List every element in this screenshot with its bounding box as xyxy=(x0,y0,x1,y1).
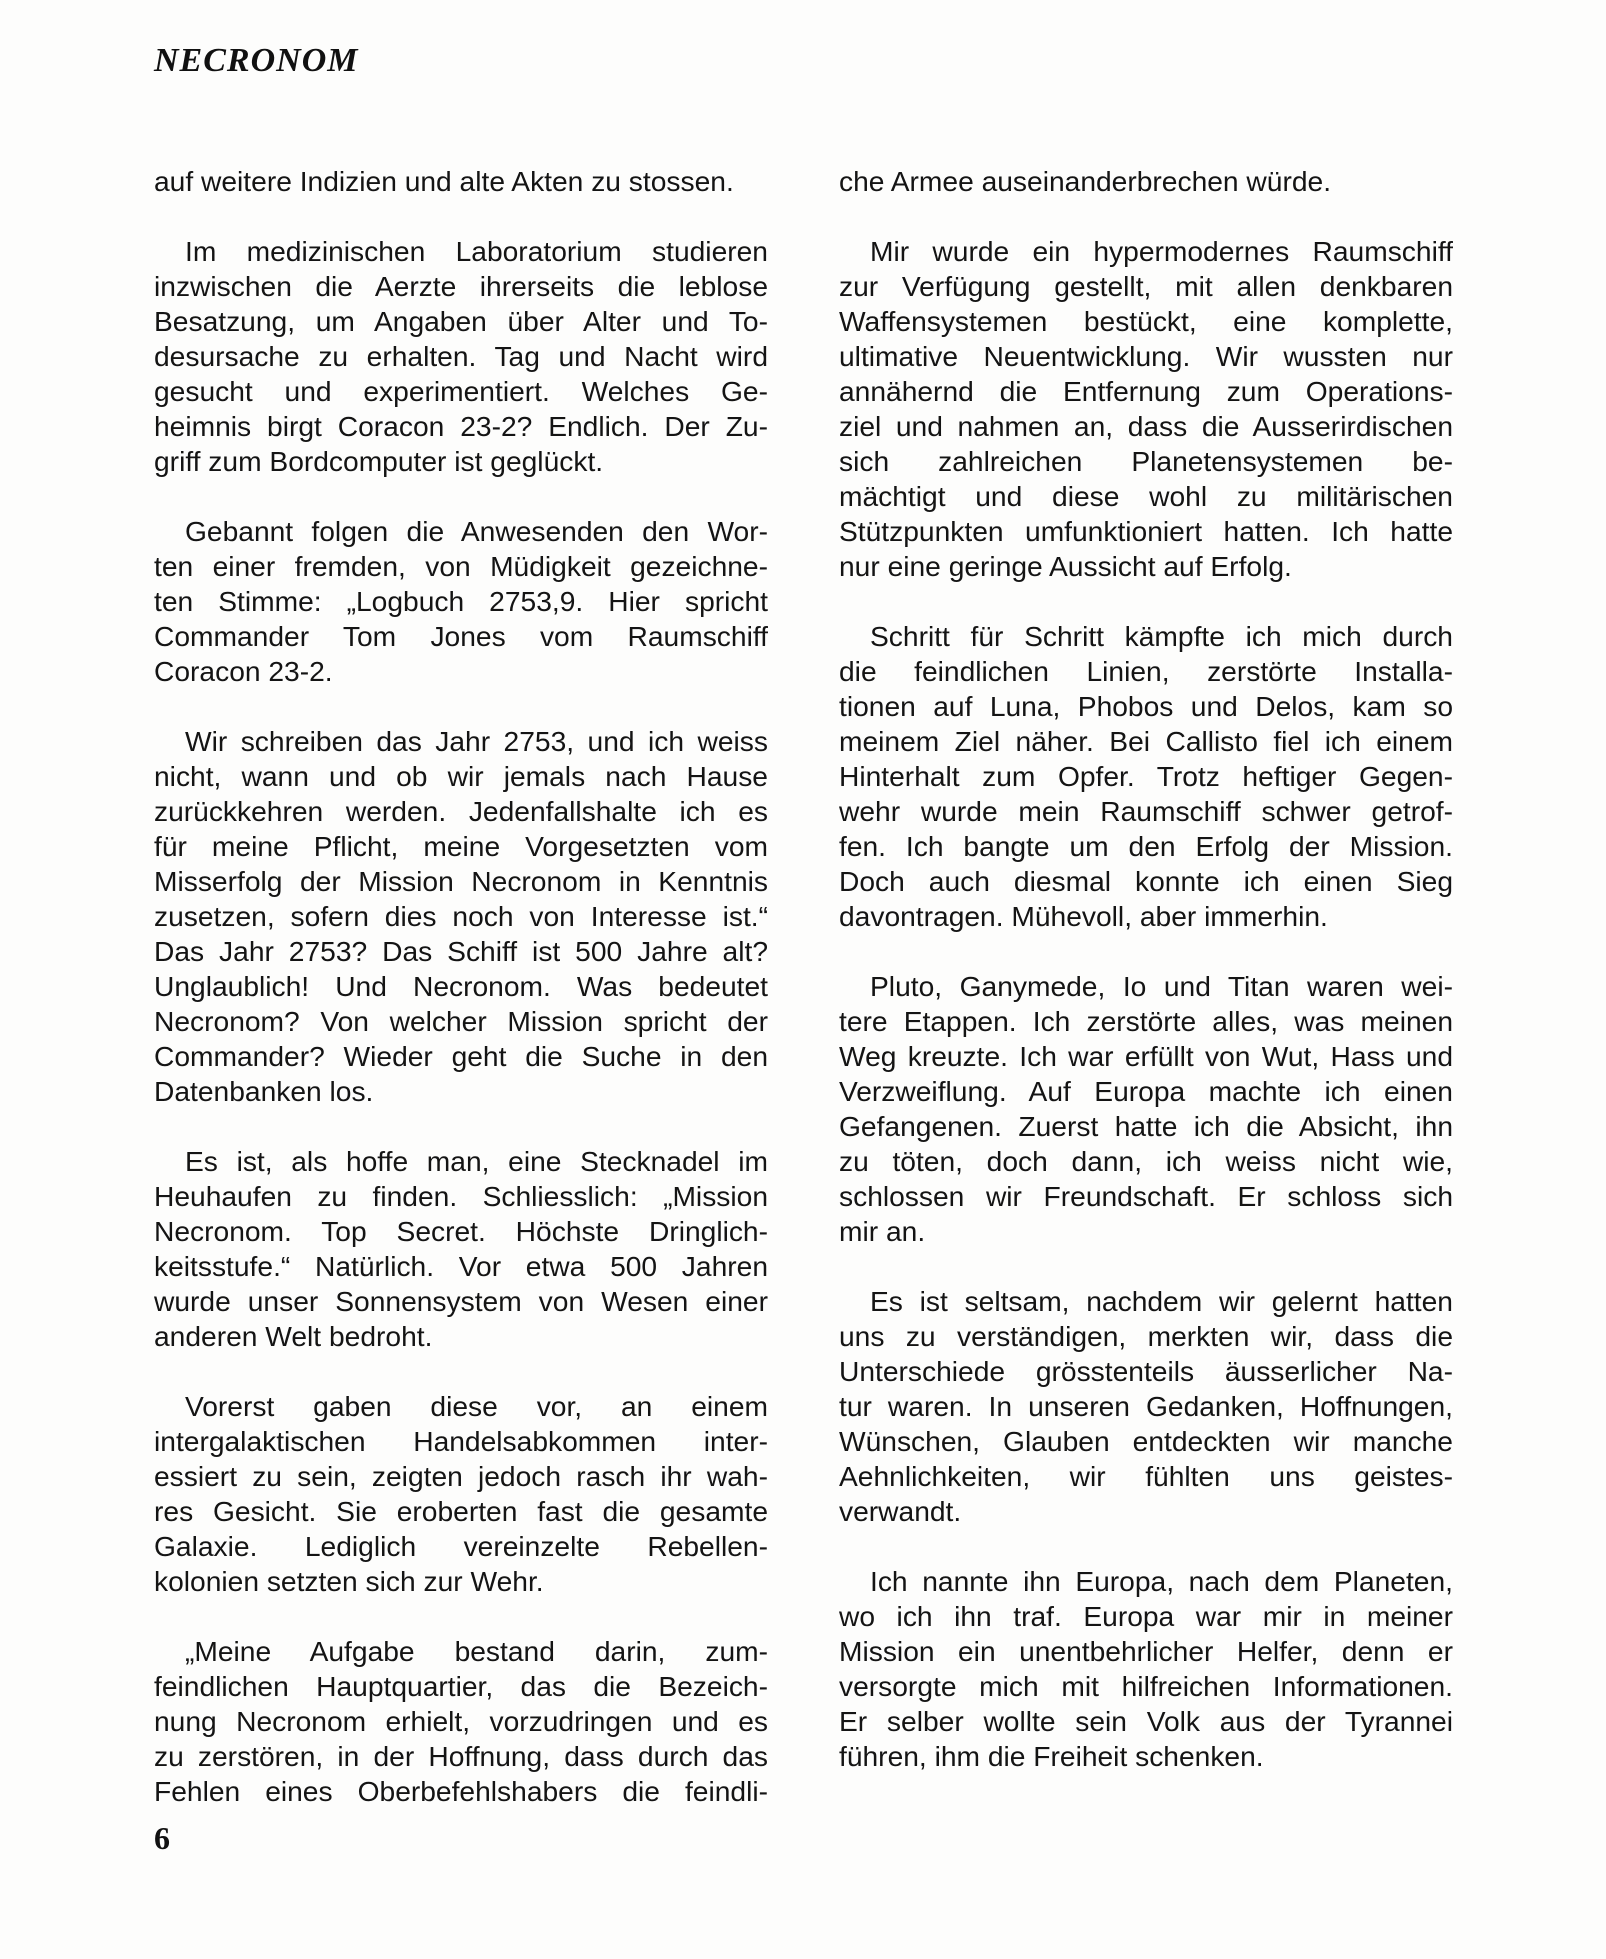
text-line: die feindlichen Linien, zerstörte Instal… xyxy=(839,654,1453,689)
text-line: Weg kreuzte. Ich war erfüllt von Wut, Ha… xyxy=(839,1039,1453,1074)
text-line: tionen auf Luna, Phobos und Delos, kam s… xyxy=(839,689,1453,724)
text-line: fen. Ich bangte um den Erfolg der Missio… xyxy=(839,829,1453,864)
page-number: 6 xyxy=(154,1820,170,1857)
text-line: Heuhaufen zu finden. Schliesslich: „Miss… xyxy=(154,1179,768,1214)
running-head-title: NECRONOM xyxy=(154,42,358,80)
text-line: ten Stimme: „Logbuch 2753,9. Hier sprich… xyxy=(154,584,768,619)
text-line: für meine Pflicht, meine Vorgesetzten vo… xyxy=(154,829,768,864)
text-line: ten einer fremden, von Müdigkeit gezeich… xyxy=(154,549,768,584)
text-line: Verzweiflung. Auf Europa machte ich eine… xyxy=(839,1074,1453,1109)
paragraph: „Meine Aufgabe bestand darin, zum- feind… xyxy=(154,1634,768,1809)
text-line: mächtigt und diese wohl zu militärischen xyxy=(839,479,1453,514)
right-text-column: che Armee auseinanderbrechen würde. Mir … xyxy=(839,164,1453,1809)
text-line: nicht, wann und ob wir jemals nach Hause xyxy=(154,759,768,794)
text-line: zu töten, doch dann, ich weiss nicht wie… xyxy=(839,1144,1453,1179)
paragraph: Im medizinischen Laboratorium studieren … xyxy=(154,234,768,479)
text-line: Besatzung, um Angaben über Alter und To- xyxy=(154,304,768,339)
text-line: Misserfolg der Mission Necronom in Kennt… xyxy=(154,864,768,899)
text-line: nung Necronom erhielt, vorzudringen und … xyxy=(154,1704,768,1739)
text-line: Gefangenen. Zuerst hatte ich die Absicht… xyxy=(839,1109,1453,1144)
text-line: intergalaktischen Handelsabkommen inter- xyxy=(154,1424,768,1459)
text-line: tere Etappen. Ich zerstörte alles, was m… xyxy=(839,1004,1453,1039)
text-line: kolonien setzten sich zur Wehr. xyxy=(154,1564,768,1599)
text-line: gesucht und experimentiert. Welches Ge- xyxy=(154,374,768,409)
text-line: keitsstufe.“ Natürlich. Vor etwa 500 Jah… xyxy=(154,1249,768,1284)
text-line: zusetzen, sofern dies noch von Interesse… xyxy=(154,899,768,934)
text-line: Es ist seltsam, nachdem wir gelernt hatt… xyxy=(839,1284,1453,1319)
text-line: Coracon 23-2. xyxy=(154,654,768,689)
text-line: anderen Welt bedroht. xyxy=(154,1319,768,1354)
text-line: zur Verfügung gestellt, mit allen denkba… xyxy=(839,269,1453,304)
text-line: Ich nannte ihn Europa, nach dem Planeten… xyxy=(839,1564,1453,1599)
text-line: Er selber wollte sein Volk aus der Tyran… xyxy=(839,1704,1453,1739)
text-line: wurde unser Sonnensystem von Wesen einer xyxy=(154,1284,768,1319)
text-line: Schritt für Schritt kämpfte ich mich dur… xyxy=(839,619,1453,654)
text-line: feindlichen Hauptquartier, das die Bezei… xyxy=(154,1669,768,1704)
text-line: essiert zu sein, zeigten jedoch rasch ih… xyxy=(154,1459,768,1494)
text-line: Gebannt folgen die Anwesenden den Wor- xyxy=(154,514,768,549)
text-line: tur waren. In unseren Gedanken, Hoffnung… xyxy=(839,1389,1453,1424)
left-text-column: auf weitere Indizien und alte Akten zu s… xyxy=(154,164,768,1844)
paragraph: Pluto, Ganymede, Io und Titan waren wei-… xyxy=(839,969,1453,1249)
text-line: Fehlen eines Oberbefehlshabers die feind… xyxy=(154,1774,768,1809)
text-line: mir an. xyxy=(839,1214,1453,1249)
text-line: Im medizinischen Laboratorium studieren xyxy=(154,234,768,269)
text-line: Mir wurde ein hypermodernes Raumschiff xyxy=(839,234,1453,269)
paragraph: auf weitere Indizien und alte Akten zu s… xyxy=(154,164,768,199)
text-line: ziel und nahmen an, dass die Ausserirdis… xyxy=(839,409,1453,444)
text-line: Es ist, als hoffe man, eine Stecknadel i… xyxy=(154,1144,768,1179)
text-line: meinem Ziel näher. Bei Callisto fiel ich… xyxy=(839,724,1453,759)
text-line: zurückkehren werden. Jedenfallshalte ich… xyxy=(154,794,768,829)
text-line: versorgte mich mit hilfreichen Informati… xyxy=(839,1669,1453,1704)
text-line: schlossen wir Freundschaft. Er schloss s… xyxy=(839,1179,1453,1214)
text-line: ultimative Neuentwicklung. Wir wussten n… xyxy=(839,339,1453,374)
paragraph: Wir schreiben das Jahr 2753, und ich wei… xyxy=(154,724,768,1109)
text-line: Doch auch diesmal konnte ich einen Sieg xyxy=(839,864,1453,899)
text-line: heimnis birgt Coracon 23-2? Endlich. Der… xyxy=(154,409,768,444)
text-line: Vorerst gaben diese vor, an einem xyxy=(154,1389,768,1424)
text-line: uns zu verständigen, merkten wir, dass d… xyxy=(839,1319,1453,1354)
text-line: Necronom. Top Secret. Höchste Dringlich- xyxy=(154,1214,768,1249)
text-line: zu zerstören, in der Hoffnung, dass durc… xyxy=(154,1739,768,1774)
text-line: Commander? Wieder geht die Suche in den xyxy=(154,1039,768,1074)
text-line: führen, ihm die Freiheit schenken. xyxy=(839,1739,1453,1774)
text-line: davontragen. Mühevoll, aber immerhin. xyxy=(839,899,1453,934)
text-line: auf weitere Indizien und alte Akten zu s… xyxy=(154,164,768,199)
text-line: Das Jahr 2753? Das Schiff ist 500 Jahre … xyxy=(154,934,768,969)
paragraph: Ich nannte ihn Europa, nach dem Planeten… xyxy=(839,1564,1453,1774)
paragraph: Gebannt folgen die Anwesenden den Wor- t… xyxy=(154,514,768,689)
text-line: Commander Tom Jones vom Raumschiff xyxy=(154,619,768,654)
text-line: res Gesicht. Sie eroberten fast die gesa… xyxy=(154,1494,768,1529)
text-line: Datenbanken los. xyxy=(154,1074,768,1109)
text-line: griff zum Bordcomputer ist geglückt. xyxy=(154,444,768,479)
text-line: Waffensystemen bestückt, eine komplette, xyxy=(839,304,1453,339)
text-line: Stützpunkten umfunktioniert hatten. Ich … xyxy=(839,514,1453,549)
paragraph: Mir wurde ein hypermodernes Raumschiff z… xyxy=(839,234,1453,584)
text-line: Unglaublich! Und Necronom. Was bedeutet xyxy=(154,969,768,1004)
text-line: „Meine Aufgabe bestand darin, zum- xyxy=(154,1634,768,1669)
text-line: Necronom? Von welcher Mission spricht de… xyxy=(154,1004,768,1039)
text-line: Hinterhalt zum Opfer. Trotz heftiger Geg… xyxy=(839,759,1453,794)
text-line: che Armee auseinanderbrechen würde. xyxy=(839,164,1453,199)
text-line: inzwischen die Aerzte ihrerseits die leb… xyxy=(154,269,768,304)
document-page: NECRONOM auf weitere Indizien und alte A… xyxy=(0,0,1606,1959)
text-line: Wir schreiben das Jahr 2753, und ich wei… xyxy=(154,724,768,759)
text-line: Galaxie. Lediglich vereinzelte Rebellen- xyxy=(154,1529,768,1564)
text-line: desursache zu erhalten. Tag und Nacht wi… xyxy=(154,339,768,374)
text-line: Mission ein unentbehrlicher Helfer, denn… xyxy=(839,1634,1453,1669)
text-line: wo ich ihn traf. Europa war mir in meine… xyxy=(839,1599,1453,1634)
paragraph: che Armee auseinanderbrechen würde. xyxy=(839,164,1453,199)
text-line: sich zahlreichen Planetensystemen be- xyxy=(839,444,1453,479)
text-line: nur eine geringe Aussicht auf Erfolg. xyxy=(839,549,1453,584)
text-line: annähernd die Entfernung zum Operations- xyxy=(839,374,1453,409)
text-line: Wünschen, Glauben entdeckten wir manche xyxy=(839,1424,1453,1459)
paragraph: Vorerst gaben diese vor, an einem interg… xyxy=(154,1389,768,1599)
text-line: wehr wurde mein Raumschiff schwer getrof… xyxy=(839,794,1453,829)
paragraph: Es ist seltsam, nachdem wir gelernt hatt… xyxy=(839,1284,1453,1529)
text-line: verwandt. xyxy=(839,1494,1453,1529)
paragraph: Es ist, als hoffe man, eine Stecknadel i… xyxy=(154,1144,768,1354)
paragraph: Schritt für Schritt kämpfte ich mich dur… xyxy=(839,619,1453,934)
text-line: Pluto, Ganymede, Io und Titan waren wei- xyxy=(839,969,1453,1004)
text-line: Aehnlichkeiten, wir fühlten uns geistes- xyxy=(839,1459,1453,1494)
text-line: Unterschiede grösstenteils äusserlicher … xyxy=(839,1354,1453,1389)
